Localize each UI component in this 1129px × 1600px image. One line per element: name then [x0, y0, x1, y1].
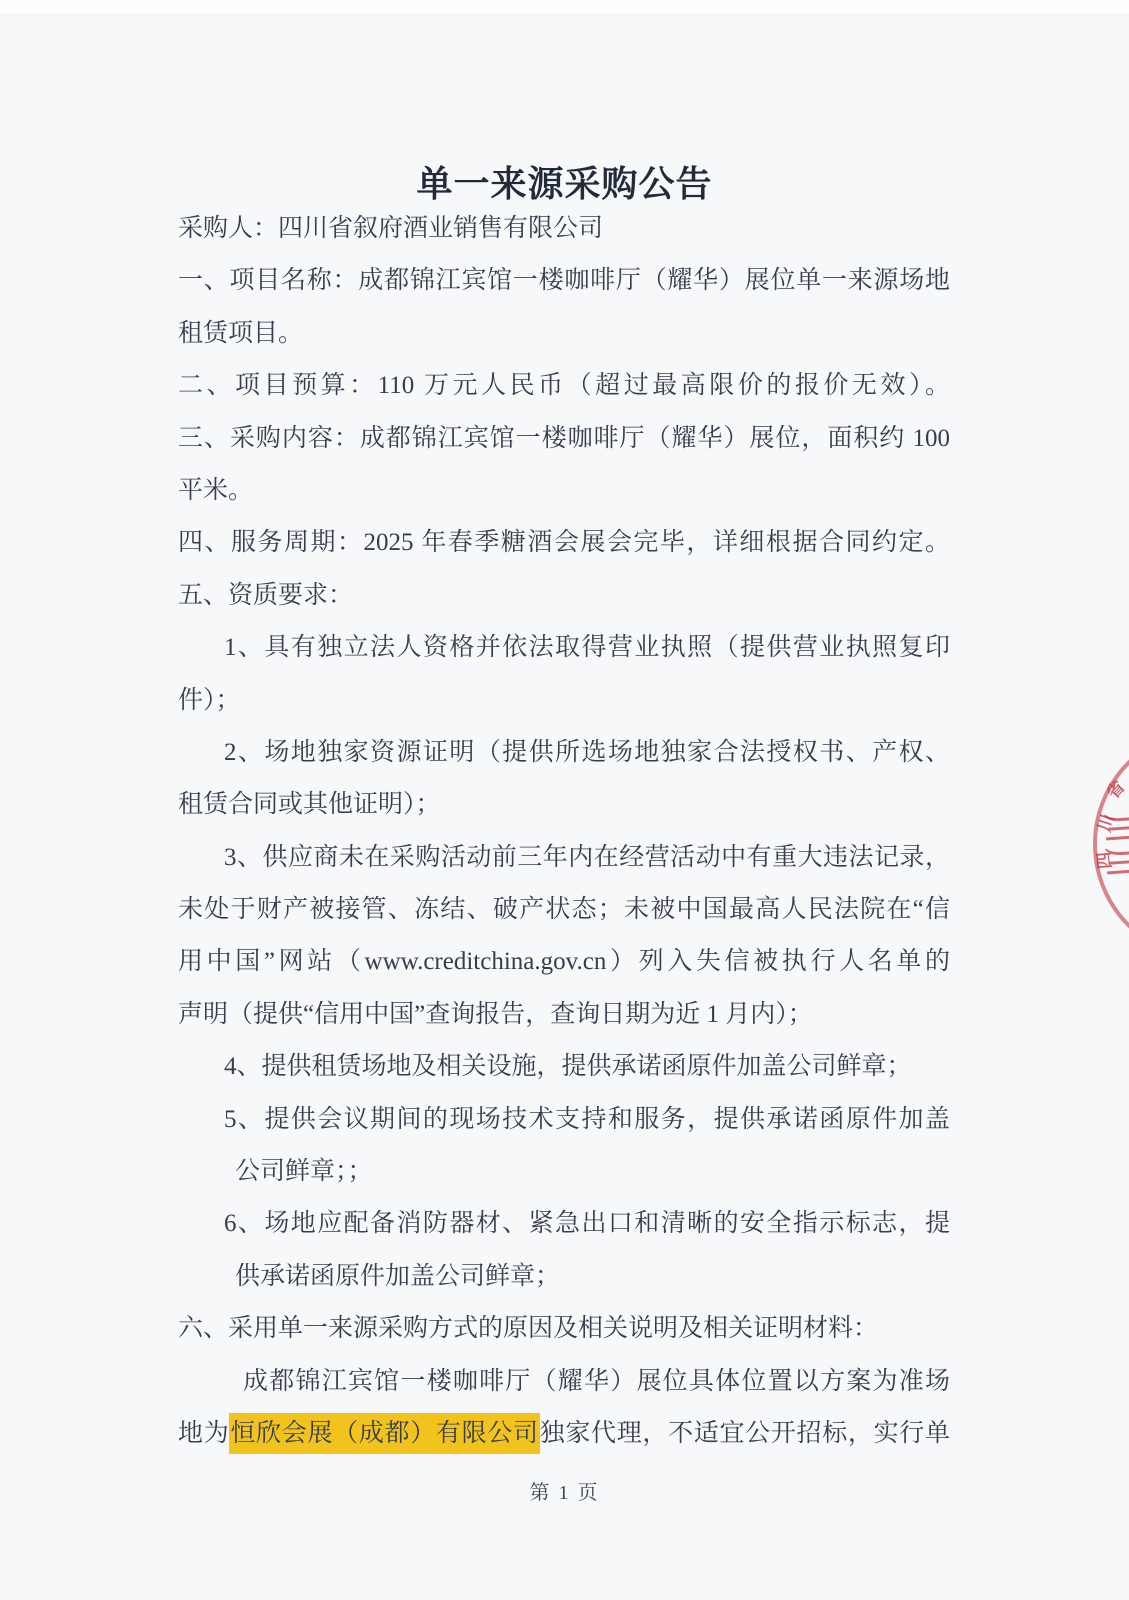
text-line: 五、资质要求： — [178, 570, 950, 622]
text-segment: 地为 — [178, 1420, 229, 1447]
text-line: 声明（提供“信用中国”查询报告，查询日期为近 1 月内）； — [178, 989, 950, 1041]
text-line: 供承诺函原件加盖公司鲜章； — [235, 1251, 950, 1303]
text-line: 4、提供租赁场地及相关设施，提供承诺函原件加盖公司鲜章； — [224, 1041, 950, 1093]
text-line: 成都锦江宾馆一楼咖啡厅（耀华）展位具体位置以方案为准场 — [243, 1356, 950, 1408]
text-line: 1、具有独立法人资格并依法取得营业执照（提供营业执照复印 — [224, 622, 950, 674]
text-line: 未处于财产被接管、冻结、破产状态；未被中国最高人民法院在“信 — [178, 884, 950, 936]
text-line: 六、采用单一来源采购方式的原因及相关说明及相关证明材料： — [178, 1303, 950, 1355]
text-line: 二、项目预算：110 万元人民币（超过最高限价的报价无效）。 — [178, 360, 950, 412]
text-line: 用中国”网站（www.creditchina.gov.cn）列入失信被执行人名单… — [178, 936, 950, 988]
red-seal-rim-char: 四 — [1089, 851, 1115, 870]
text-line: 三、采购内容：成都锦江宾馆一楼咖啡厅（耀华）展位，面积约 100 — [178, 413, 950, 465]
text-line: 租赁合同或其他证明）； — [178, 779, 950, 831]
text-line: 租赁项目。 — [178, 308, 950, 360]
red-seal-rim-char: 省 — [1100, 774, 1129, 803]
highlighted-company-name: 恒欣会展（成都）有限公司 — [229, 1413, 539, 1454]
text-line: 2、场地独家资源证明（提供所选场地独家合法授权书、产权、 — [224, 727, 950, 779]
document-title: 单一来源采购公告 — [0, 156, 1129, 207]
scan-edge-strip — [0, 0, 1129, 13]
red-seal-rim-char: 川 — [1090, 811, 1119, 835]
text-line: 6、场地应配备消防器材、紧急出口和清晰的安全指示标志，提 — [224, 1198, 950, 1250]
text-segment: 独家代理，不适宜公开招标，实行单 — [540, 1420, 950, 1447]
text-line: 3、供应商未在采购活动前三年内在经营活动中有重大违法记录， — [224, 832, 950, 884]
text-line: 四、服务周期：2025 年春季糖酒会展会完毕，详细根据合同约定。 — [178, 517, 950, 569]
document-body: 采购人：四川省叙府酒业销售有限公司一、项目名称：成都锦江宾馆一楼咖啡厅（耀华）展… — [178, 203, 950, 1460]
red-seal-ring — [1093, 727, 1129, 961]
text-line: 5、提供会议期间的现场技术支持和服务，提供承诺函原件加盖 — [224, 1094, 950, 1146]
text-line: 一、项目名称：成都锦江宾馆一楼咖啡厅（耀华）展位单一来源场地 — [178, 255, 950, 307]
page-number: 第 1 页 — [0, 1476, 1129, 1505]
text-line: 地为恒欣会展（成都）有限公司独家代理，不适宜公开招标，实行单 — [178, 1408, 950, 1460]
text-line: 平米。 — [178, 465, 950, 517]
text-line: 公司鲜章；； — [235, 1146, 950, 1198]
red-seal-inner-char: 川 — [1098, 812, 1129, 845]
red-seal-inner-char: 川 — [1099, 846, 1129, 879]
text-line: 采购人：四川省叙府酒业销售有限公司 — [178, 203, 950, 255]
text-line: 件）； — [178, 675, 950, 727]
